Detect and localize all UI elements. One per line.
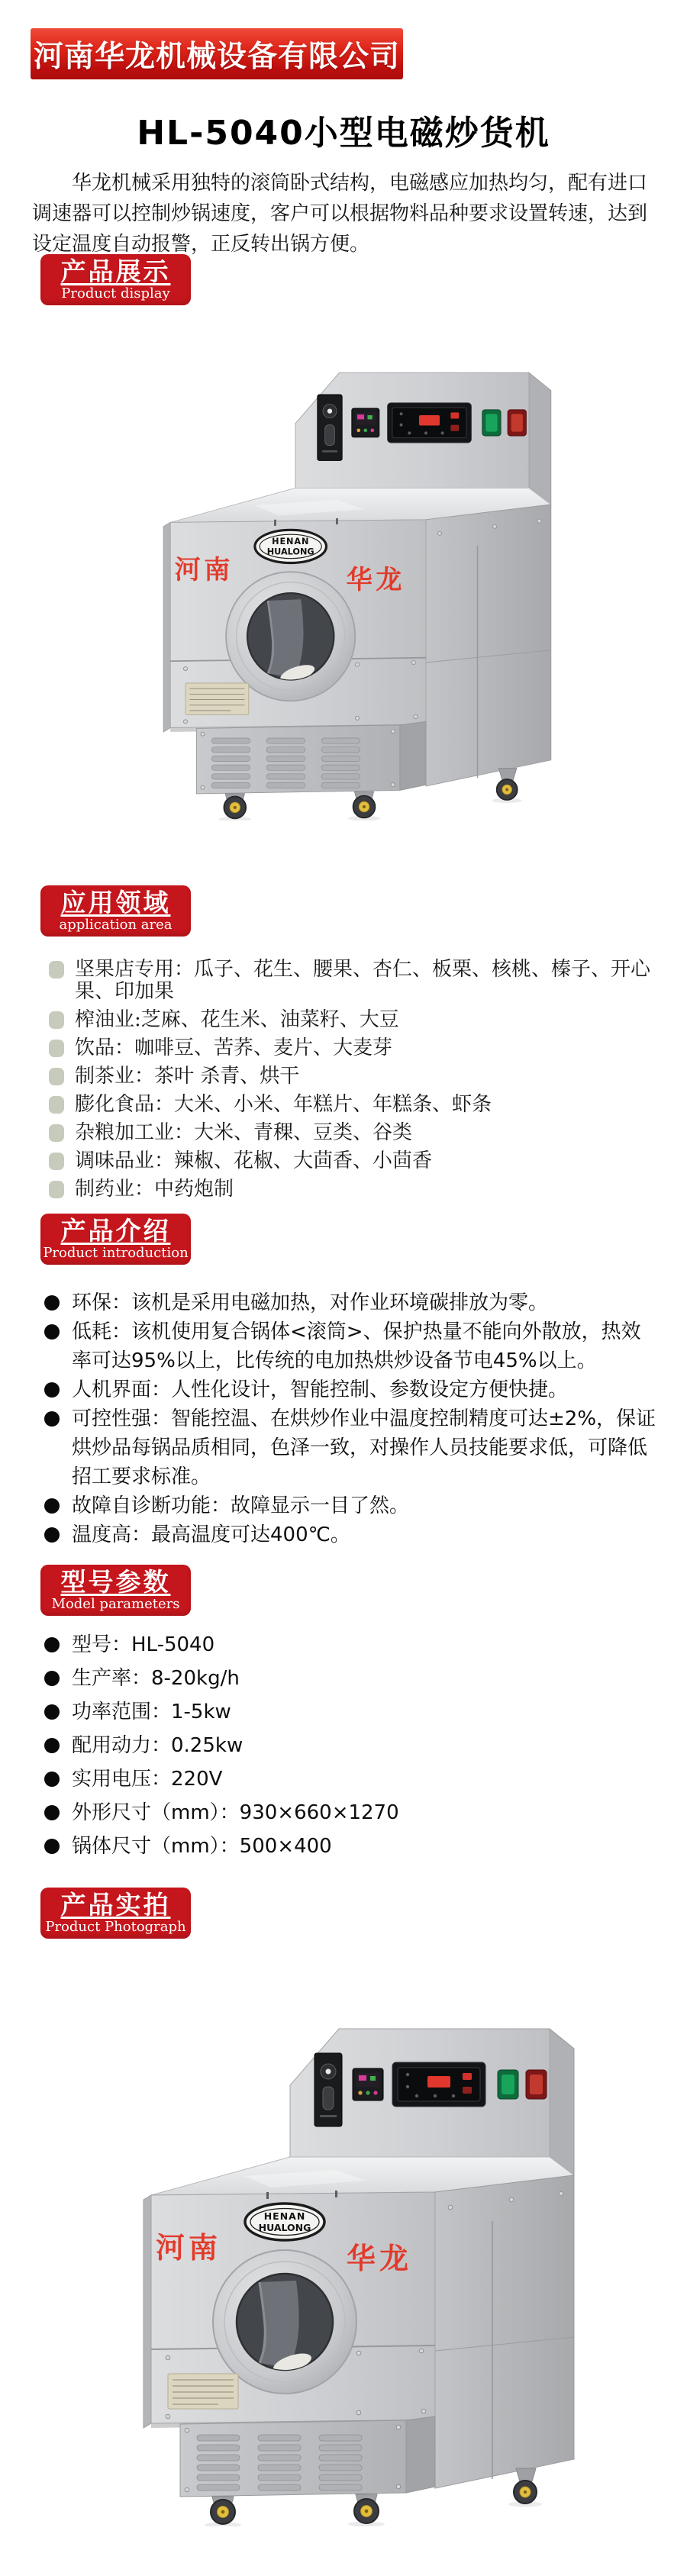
page-title: HL-5040小型电磁炒货机 xyxy=(0,105,687,154)
section-title-zh: 产品实拍 xyxy=(40,1891,191,1919)
list-item-text: 功率范围：1-5kw xyxy=(72,1701,231,1723)
list-item-text: 故障自诊断功能：故障显示一目了然。 xyxy=(72,1494,409,1517)
list-item-text: 温度高：最高温度可达400℃。 xyxy=(72,1523,350,1546)
list-item: 温度高：最高温度可达400℃。 xyxy=(44,1520,660,1549)
product-detail-page: 河南华龙机械设备有限公司 HL-5040小型电磁炒货机 华龙机械采用独特的滚筒卧… xyxy=(0,0,687,2576)
section-title-en: application area xyxy=(40,917,191,933)
dot-bullet-icon xyxy=(44,1382,60,1398)
dot-bullet-icon xyxy=(44,1738,60,1753)
product-introduction-list: 环保：该机是采用电磁加热，对作业环境碳排放为零。 低耗：该机使用复合锅体<滚筒>… xyxy=(44,1288,660,1549)
list-item-text: 外形尺寸（mm）：930×660×1270 xyxy=(72,1801,399,1824)
section-title-zh: 产品介绍 xyxy=(40,1217,191,1245)
list-item: 坚果店专用：瓜子、花生、腰果、杏仁、板栗、核桃、榛子、开心果、印加果 xyxy=(49,959,660,1003)
section-badge-product-photograph: 产品实拍 Product Photograph xyxy=(40,1888,191,1939)
list-item-text: 饮品：咖啡豆、苦荞、麦片、大麦芽 xyxy=(75,1037,392,1059)
dot-bullet-icon xyxy=(44,1411,60,1427)
list-item-text: 调味品业：辣椒、花椒、大茴香、小茴香 xyxy=(75,1150,432,1172)
section-title-en: Product Photograph xyxy=(40,1919,191,1935)
section-badge-product-display: 产品展示 Product display xyxy=(40,254,191,305)
list-item-text: 人机界面：人性化设计，智能控制、参数设定方便快捷。 xyxy=(72,1378,568,1401)
list-item: 实用电压：220V xyxy=(44,1768,579,1791)
list-item: 锅体尺寸（mm）：500×400 xyxy=(44,1835,579,1858)
section-title-zh: 产品展示 xyxy=(40,258,191,285)
section-title-zh: 型号参数 xyxy=(40,1568,191,1596)
company-banner: 河南华龙机械设备有限公司 xyxy=(31,28,403,79)
dot-bullet-icon xyxy=(44,1637,60,1652)
section-badge-model-parameters: 型号参数 Model parameters xyxy=(40,1565,191,1616)
model-parameters-list: 型号：HL-5040 生产率：8-20kg/h 功率范围：1-5kw 配用动力：… xyxy=(44,1633,579,1868)
list-item-text: 低耗：该机使用复合锅体<滚筒>、保护热量不能向外散放，热效率可达95%以上，比传… xyxy=(72,1320,641,1372)
square-bullet-icon xyxy=(49,1124,64,1142)
list-item-text: 实用电压：220V xyxy=(72,1768,222,1791)
list-item: 人机界面：人性化设计，智能控制、参数设定方便快捷。 xyxy=(44,1375,660,1404)
list-item-text: 型号：HL-5040 xyxy=(72,1633,214,1656)
list-item-text: 制茶业：茶叶 杀青、烘干 xyxy=(75,1066,299,1088)
dot-bullet-icon xyxy=(44,1805,60,1820)
square-bullet-icon xyxy=(49,1181,64,1198)
section-title-en: Product display xyxy=(40,285,191,301)
dot-bullet-icon xyxy=(44,1295,60,1311)
intro-paragraph: 华龙机械采用独特的滚筒卧式结构，电磁感应加热均匀，配有进口调速器可以控制炒锅速度… xyxy=(32,168,660,260)
dot-bullet-icon xyxy=(44,1704,60,1720)
section-badge-product-introduction: 产品介绍 Product introduction xyxy=(40,1214,191,1265)
section-title-en: Product introduction xyxy=(40,1245,191,1261)
list-item-text: 可控性强：智能控温、在烘炒作业中温度控制精度可达±2%，保证烘炒品每锅品质相同，… xyxy=(72,1407,656,1488)
dot-bullet-icon xyxy=(44,1324,60,1340)
list-item: 榨油业:芝麻、花生米、油菜籽、大豆 xyxy=(49,1009,660,1031)
dot-bullet-icon xyxy=(44,1839,60,1854)
square-bullet-icon xyxy=(49,1040,64,1057)
list-item: 制茶业：茶叶 杀青、烘干 xyxy=(49,1066,660,1088)
list-item-text: 膨化食品：大米、小米、年糕片、年糕条、虾条 xyxy=(75,1094,492,1116)
dot-bullet-icon xyxy=(44,1498,60,1514)
section-title-zh: 应用领域 xyxy=(40,889,191,917)
list-item: 型号：HL-5040 xyxy=(44,1633,579,1656)
list-item-text: 坚果店专用：瓜子、花生、腰果、杏仁、板栗、核桃、榛子、开心果、印加果 xyxy=(75,959,660,1003)
list-item: 功率范围：1-5kw xyxy=(44,1701,579,1723)
list-item-text: 配用动力：0.25kw xyxy=(72,1734,243,1757)
square-bullet-icon xyxy=(49,1096,64,1114)
list-item: 膨化食品：大米、小米、年糕片、年糕条、虾条 xyxy=(49,1094,660,1116)
list-item: 可控性强：智能控温、在烘炒作业中温度控制精度可达±2%，保证烘炒品每锅品质相同，… xyxy=(44,1404,660,1491)
list-item-text: 榨油业:芝麻、花生米、油菜籽、大豆 xyxy=(75,1009,399,1031)
dot-bullet-icon xyxy=(44,1772,60,1787)
section-title-en: Model parameters xyxy=(40,1596,191,1612)
list-item: 制药业：中药炮制 xyxy=(49,1178,660,1201)
list-item: 低耗：该机使用复合锅体<滚筒>、保护热量不能向外散放，热效率可达95%以上，比传… xyxy=(44,1317,660,1375)
product-photo-display xyxy=(126,340,561,821)
list-item: 环保：该机是采用电磁加热，对作业环境碳排放为零。 xyxy=(44,1288,660,1317)
list-item-text: 制药业：中药炮制 xyxy=(75,1178,234,1201)
list-item: 饮品：咖啡豆、苦荞、麦片、大麦芽 xyxy=(49,1037,660,1059)
list-item: 调味品业：辣椒、花椒、大茴香、小茴香 xyxy=(49,1150,660,1172)
list-item: 生产率：8-20kg/h xyxy=(44,1667,579,1690)
list-item: 故障自诊断功能：故障显示一目了然。 xyxy=(44,1491,660,1520)
section-badge-application-area: 应用领域 application area xyxy=(40,885,191,937)
application-area-list: 坚果店专用：瓜子、花生、腰果、杏仁、板栗、核桃、榛子、开心果、印加果 榨油业:芝… xyxy=(49,959,660,1207)
list-item-text: 杂粮加工业：大米、青稞、豆类、谷类 xyxy=(75,1122,412,1144)
list-item: 配用动力：0.25kw xyxy=(44,1734,579,1757)
square-bullet-icon xyxy=(49,1153,64,1170)
square-bullet-icon xyxy=(49,1068,64,1085)
square-bullet-icon xyxy=(49,961,64,978)
list-item-text: 生产率：8-20kg/h xyxy=(72,1667,240,1690)
dot-bullet-icon xyxy=(44,1527,60,1543)
list-item-text: 锅体尺寸（mm）：500×400 xyxy=(72,1835,332,1858)
list-item: 杂粮加工业：大米、青稞、豆类、谷类 xyxy=(49,1122,660,1144)
product-photo-photograph xyxy=(107,1965,580,2553)
dot-bullet-icon xyxy=(44,1671,60,1686)
square-bullet-icon xyxy=(49,1011,64,1029)
list-item: 外形尺寸（mm）：930×660×1270 xyxy=(44,1801,579,1824)
list-item-text: 环保：该机是采用电磁加热，对作业环境碳排放为零。 xyxy=(72,1291,548,1314)
